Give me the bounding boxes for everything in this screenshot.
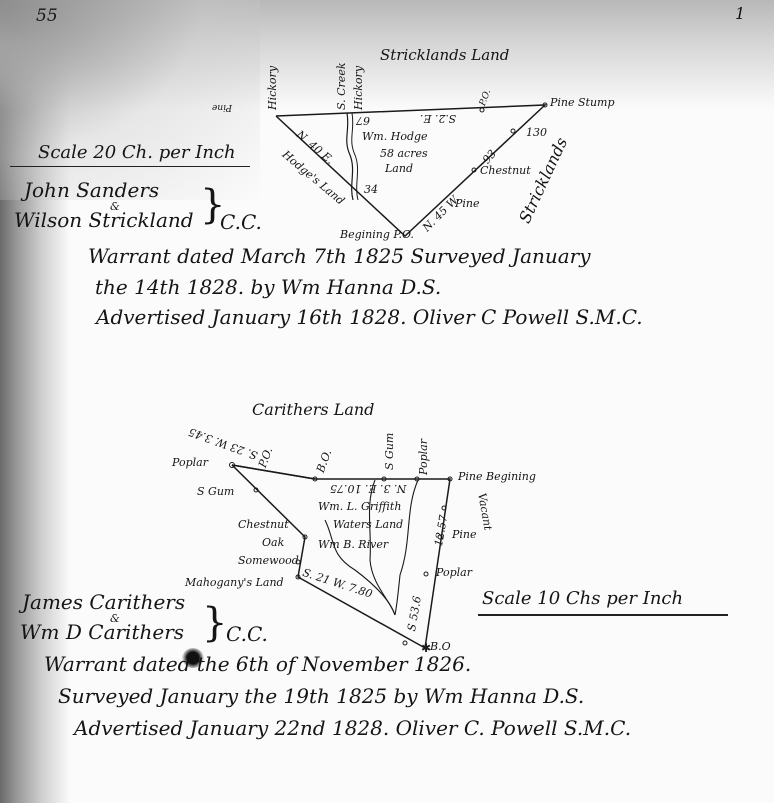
survey-2-owner-1: James Carithers: [22, 590, 185, 614]
plat-2-tract-land: Waters Land: [333, 518, 403, 531]
survey-2-cc: C.C.: [226, 622, 268, 646]
plat-2-corner-pine: Pine: [452, 528, 477, 541]
plat-2-adjoiner-top: Carithers Land: [252, 400, 374, 419]
plat-2-call-top: N. 3. E. 10.75: [330, 482, 406, 495]
survey-2-line-3: Advertised January 22nd 1828. Oliver C. …: [74, 716, 631, 740]
plat-2-river: Wm B. River: [318, 538, 388, 551]
survey-2-scale: Scale 10 Chs per Inch: [482, 588, 683, 609]
survey-2-bracket: }: [202, 600, 227, 646]
plat-2-corner-sgum: S Gum: [197, 485, 234, 498]
plat-2-corner-poplar-right: Poplar: [436, 566, 472, 579]
plat-2-tree-poplar: Poplar: [417, 439, 430, 475]
plat-2-corner-somewood: Somewood: [238, 554, 299, 567]
survey-2-scale-rule: [478, 614, 728, 616]
plat-2-corner-poplar: Poplar: [172, 456, 208, 469]
survey-2-owner-2: Wm D Carithers: [20, 620, 184, 644]
plat-2-adjoiner-left: Mahogany's Land: [185, 576, 284, 589]
plat-2-tree-sgum: S Gum: [383, 433, 396, 470]
survey-2-line-1: Warrant dated the 6th of November 1826.: [44, 652, 471, 676]
plat-2-corner-oak: Oak: [262, 536, 284, 549]
plat-2-corner-pine-beginning: Pine Begining: [458, 470, 536, 483]
survey-2-line-2: Surveyed January the 19th 1825 by Wm Han…: [58, 684, 584, 708]
plat-2-corner-chestnut: Chestnut: [238, 518, 289, 531]
plat-2-drawing: ✱: [0, 0, 774, 803]
plat-2-tract-name: Wm. L. Griffith: [318, 500, 401, 513]
